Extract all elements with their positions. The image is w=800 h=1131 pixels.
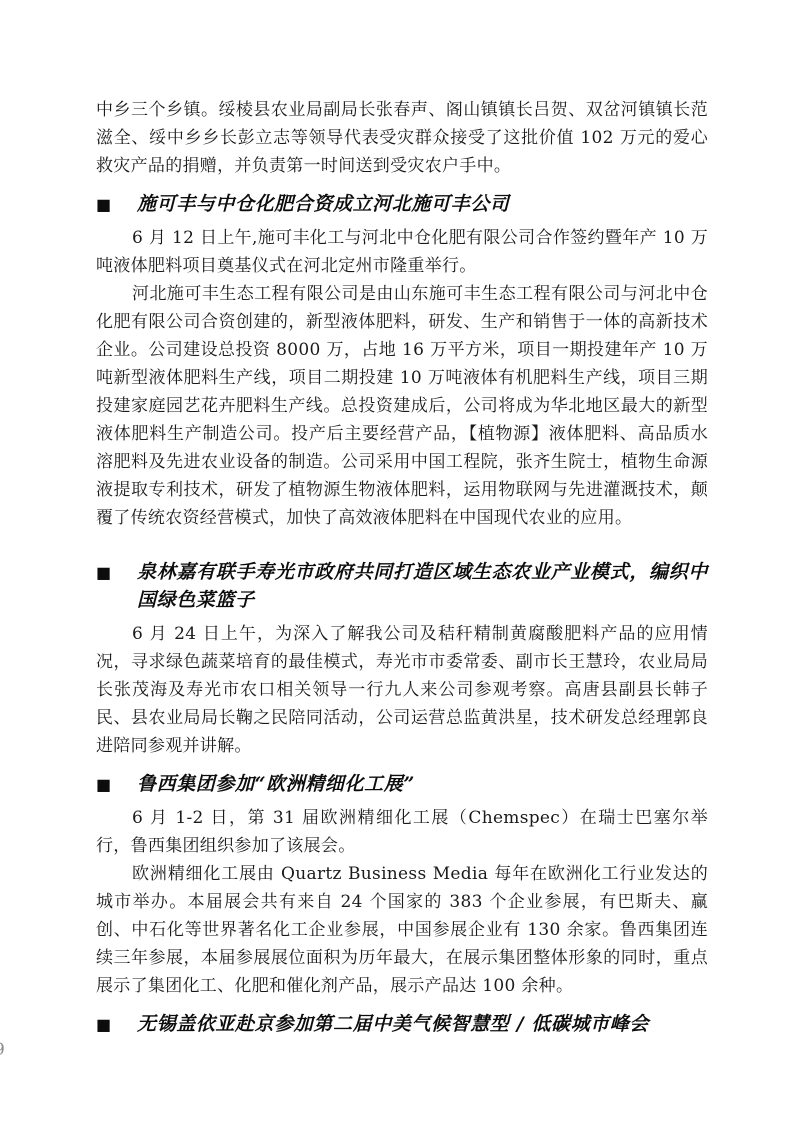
- bullet-square-icon: ■: [96, 559, 111, 587]
- bullet-square-icon: ■: [96, 1011, 111, 1039]
- bullet-square-icon: ■: [96, 191, 111, 219]
- section-heading-4-text: 无锡盖依亚赴京参加第二届中美气候智慧型 / 低碳城市峰会: [137, 1013, 649, 1035]
- section-heading-1: ■ 施可丰与中仓化肥合资成立河北施可丰公司: [96, 190, 708, 218]
- paragraph: 6 月 24 日上午，为深入了解我公司及秸秆精制黄腐酸肥料产品的应用情况，寻求绿…: [96, 620, 708, 760]
- bullet-square-icon: ■: [96, 771, 111, 799]
- paragraph: 欧洲精细化工展由 Quartz Business Media 每年在欧洲化工行业…: [96, 860, 708, 1000]
- document-page: 中乡三个乡镇。绥棱县农业局副局长张春声、阁山镇镇长吕贺、双岔河镇镇长范滋全、绥中…: [0, 0, 800, 1131]
- paragraph: 6 月 12 日上午,施可丰化工与河北中仓化肥有限公司合作签约暨年产 10 万吨…: [96, 224, 708, 280]
- section-heading-2: ■ 泉林嘉有联手寿光市政府共同打造区域生态农业产业模式，编织中国绿色菜篮子: [96, 558, 708, 614]
- page-content: 中乡三个乡镇。绥棱县农业局副局长张春声、阁山镇镇长吕贺、双岔河镇镇长范滋全、绥中…: [96, 96, 708, 1044]
- paragraph-continuation: 中乡三个乡镇。绥棱县农业局副局长张春声、阁山镇镇长吕贺、双岔河镇镇长范滋全、绥中…: [96, 96, 708, 180]
- paragraph: 河北施可丰生态工程有限公司是由山东施可丰生态工程有限公司与河北中仓化肥有限公司合…: [96, 280, 708, 532]
- page-number: 9: [0, 1040, 5, 1060]
- section-heading-2-text: 泉林嘉有联手寿光市政府共同打造区域生态农业产业模式，编织中国绿色菜篮子: [137, 561, 708, 611]
- section-heading-3-text: 鲁西集团参加“欧洲精细化工展”: [137, 773, 415, 795]
- section-heading-4: ■ 无锡盖依亚赴京参加第二届中美气候智慧型 / 低碳城市峰会: [96, 1010, 708, 1038]
- section-heading-3: ■ 鲁西集团参加“欧洲精细化工展”: [96, 770, 708, 798]
- paragraph: 6 月 1-2 日，第 31 届欧洲精细化工展（Chemspec）在瑞士巴塞尔举…: [96, 804, 708, 860]
- section-heading-1-text: 施可丰与中仓化肥合资成立河北施可丰公司: [137, 193, 509, 215]
